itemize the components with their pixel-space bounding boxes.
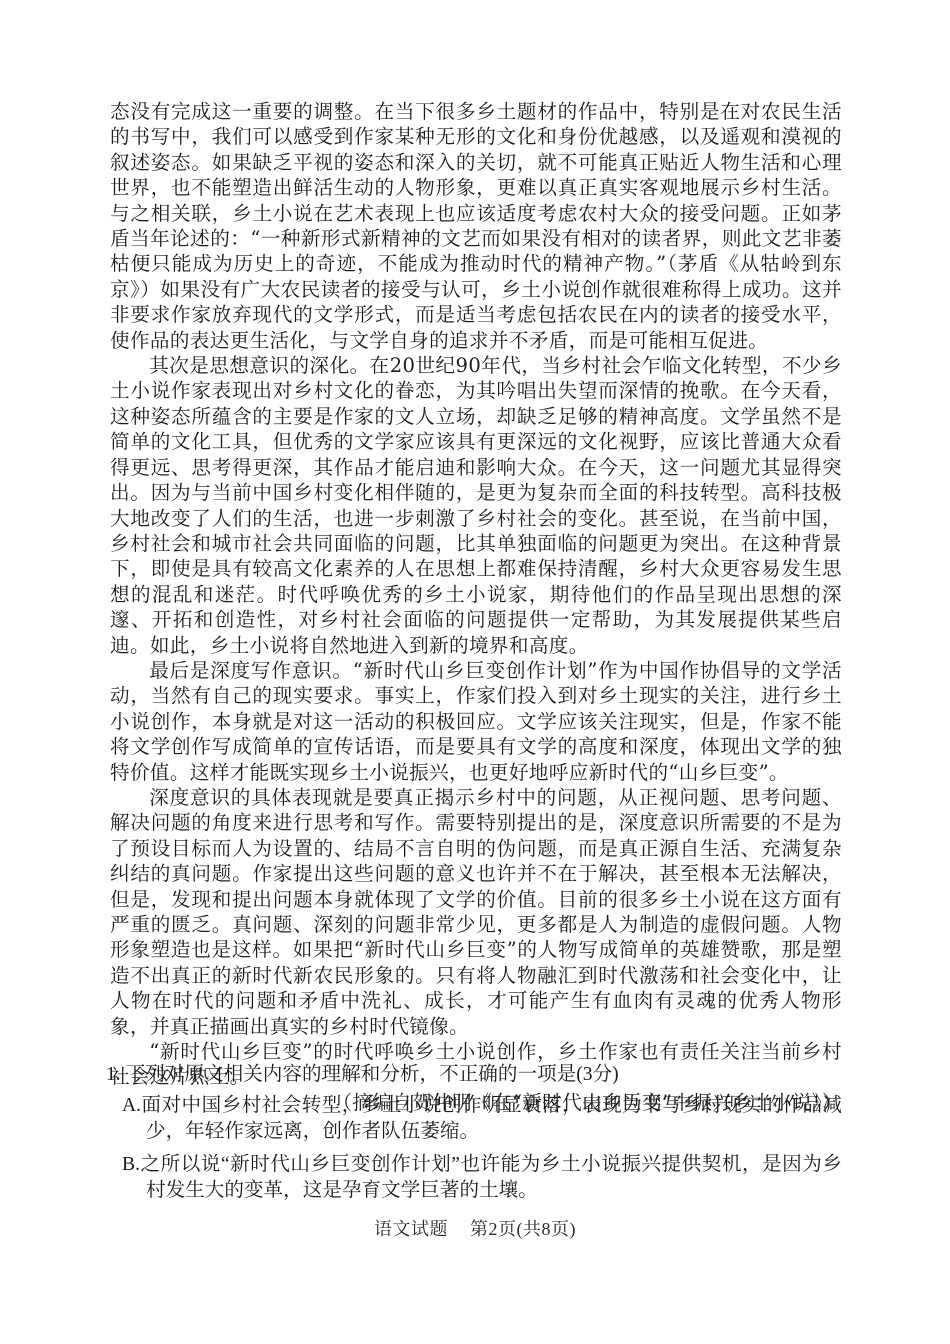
question-section: 1. 下列对原文相关内容的理解和分析，不正确的一项是(3分) A.面对中国乡村社… [106,1062,842,1211]
option-label: B. [122,1154,140,1175]
footer-subject: 语文试题 [374,1219,448,1239]
option-label: A. [122,1095,141,1116]
exam-page: 态没有完成这一重要的调整。在当下很多乡土题材的作品中，特别是在对农民生活的书写中… [0,0,950,1344]
passage-paragraph-3: 最后是深度写作意识。“新时代山乡巨变创作计划”作为中国作协倡导的文学活动，当然有… [110,658,842,785]
passage-paragraph-2: 其次是思想意识的深化。在20世纪90年代，当乡村社会乍临文化转型，不少乡土小说作… [110,353,842,658]
passage-paragraph-4: 深度意识的具体表现就是要真正揭示乡村中的问题，从正视问题、思考问题、解决问题的角… [110,785,842,1039]
option-text: 之所以说“新时代山乡巨变创作计划”也许能为乡土小说振兴提供契机，是因为乡村发生大… [140,1154,842,1202]
footer-page-number: 第2页(共8页) [470,1219,576,1239]
question-text: 下列对原文相关内容的理解和分析，不正确的一项是(3分) [126,1064,619,1085]
passage-paragraph-1: 态没有完成这一重要的调整。在当下很多乡土题材的作品中，特别是在对农民生活的书写中… [110,99,842,353]
page-footer: 语文试题第2页(共8页) [0,1215,950,1241]
question-number: 1. [106,1064,121,1085]
reading-passage: 态没有完成这一重要的调整。在当下很多乡土题材的作品中，特别是在对农民生活的书写中… [110,99,842,1115]
option-a: A.面对中国乡村社会转型，乡土小说创作明显衰落，表现为书写乡村现实的作品减少，年… [106,1093,842,1146]
question-1-stem: 1. 下列对原文相关内容的理解和分析，不正确的一项是(3分) [106,1062,842,1089]
option-b: B.之所以说“新时代山乡巨变创作计划”也许能为乡土小说振兴提供契机，是因为乡村发… [106,1152,842,1205]
option-text: 面对中国乡村社会转型，乡土小说创作明显衰落，表现为书写乡村现实的作品减少，年轻作… [141,1095,842,1143]
